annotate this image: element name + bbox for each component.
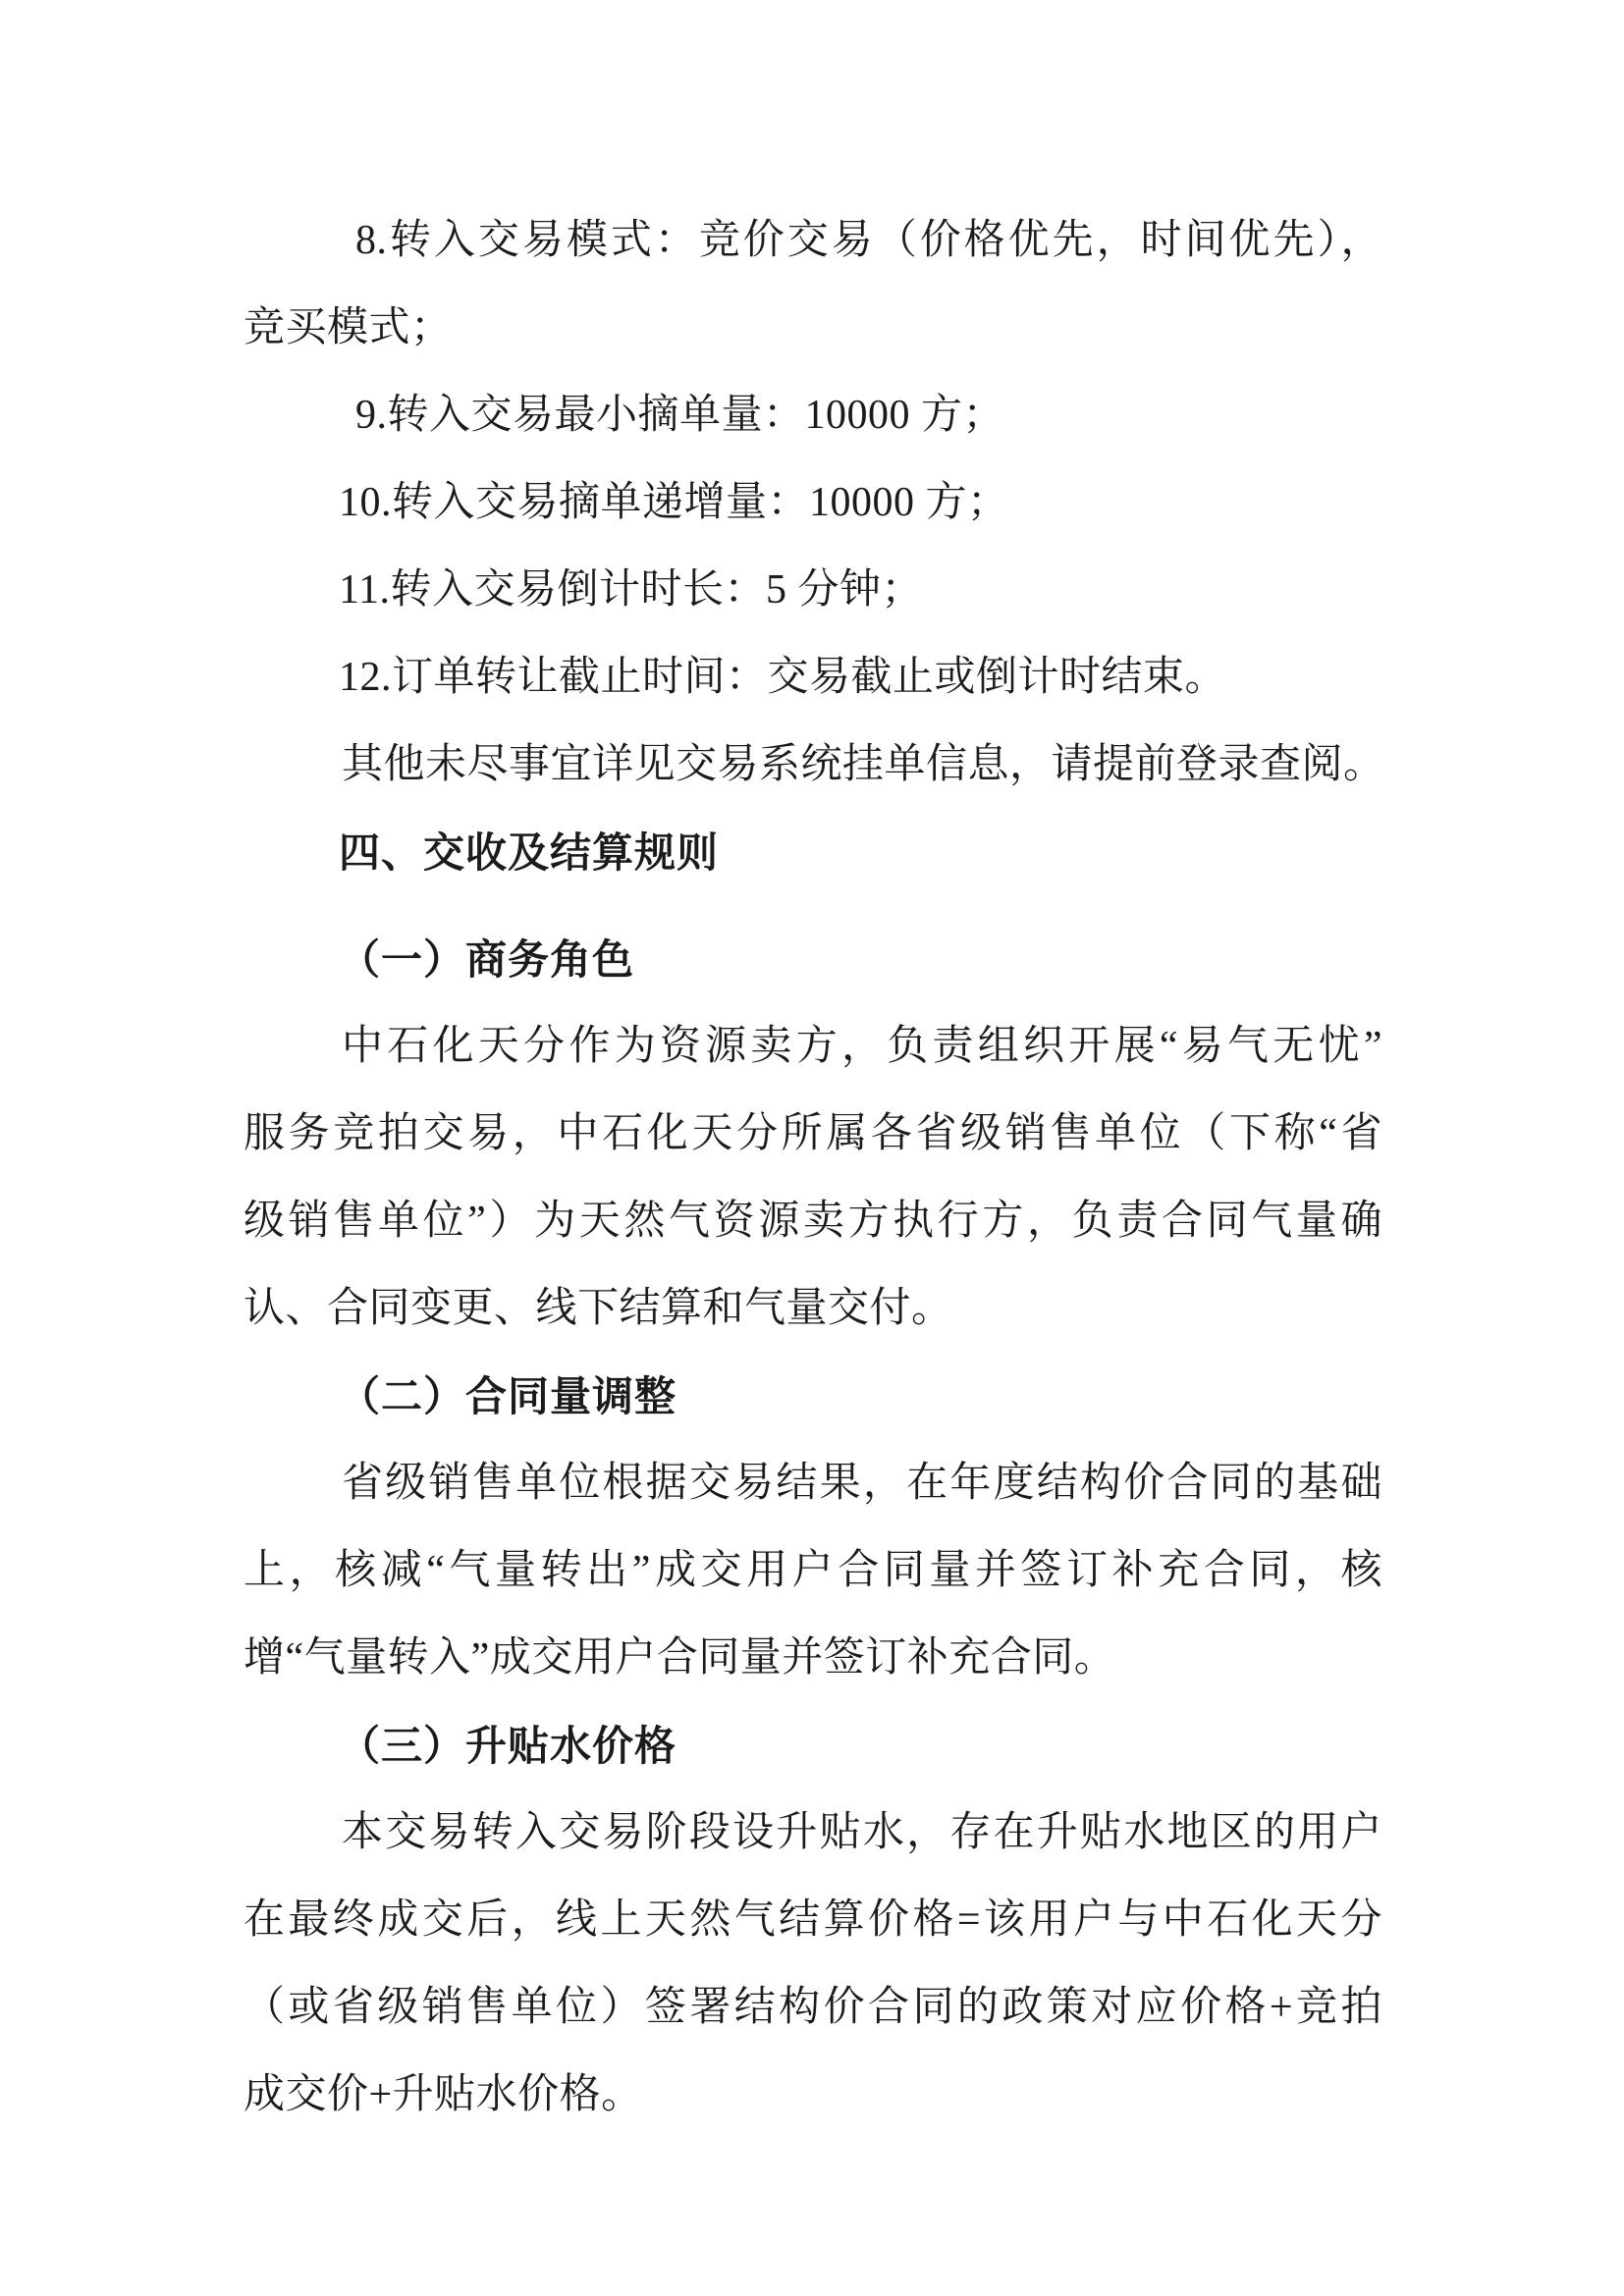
text-line-2: 竞买模式；: [244, 285, 1382, 372]
text-line-11: 服务竞拍交易，中石化天分所属各省级销售单位（下称“省: [244, 1091, 1382, 1178]
text-line-12: 级销售单位”）为天然气资源卖方执行方，负责合同气量确: [244, 1178, 1382, 1265]
text-line-21: （或省级销售单位）签署结构价合同的政策对应价格+竞拍: [244, 1964, 1382, 2052]
text-line-3: 9.转入交易最小摘单量：10000 方；: [244, 372, 1382, 459]
text-line-20: 在最终成交后，线上天然气结算价格=该用户与中石化天分: [244, 1877, 1382, 1964]
text-line-15: 省级销售单位根据交易结果，在年度结构价合同的基础: [244, 1440, 1382, 1527]
text-line-4: 10.转入交易摘单递增量：10000 方；: [244, 459, 1382, 547]
text-line-6: 12.订单转让截止时间：交易截止或倒计时结束。: [244, 634, 1382, 721]
text-line-19: 本交易转入交易阶段设升贴水，存在升贴水地区的用户: [244, 1789, 1382, 1877]
text-line-18: （三）升贴水价格: [244, 1702, 1382, 1789]
text-line-1: 8.转入交易模式：竞价交易（价格优先，时间优先），: [244, 197, 1382, 285]
text-line-16: 上，核减“气量转出”成交用户合同量并签订补充合同，核: [244, 1527, 1382, 1615]
text-line-22: 成交价+升贴水价格。: [244, 2052, 1382, 2139]
text-line-17: 增“气量转入”成交用户合同量并签订补充合同。: [244, 1615, 1382, 1702]
document-page: 8.转入交易模式：竞价交易（价格优先，时间优先），竞买模式；9.转入交易最小摘单…: [0, 0, 1624, 2296]
text-line-9: （一）商务角色: [244, 916, 1382, 1003]
text-line-10: 中石化天分作为资源卖方，负责组织开展“易气无忧”: [244, 1003, 1382, 1091]
document-content: 8.转入交易模式：竞价交易（价格优先，时间优先），竞买模式；9.转入交易最小摘单…: [244, 197, 1382, 2139]
text-line-8: 四、交收及结算规则: [244, 809, 1382, 896]
text-line-7: 其他未尽事宜详见交易系统挂单信息，请提前登录查阅。: [244, 721, 1382, 809]
text-line-14: （二）合同量调整: [244, 1353, 1382, 1440]
text-line-5: 11.转入交易倒计时长：5 分钟；: [244, 547, 1382, 634]
text-line-13: 认、合同变更、线下结算和气量交付。: [244, 1265, 1382, 1353]
